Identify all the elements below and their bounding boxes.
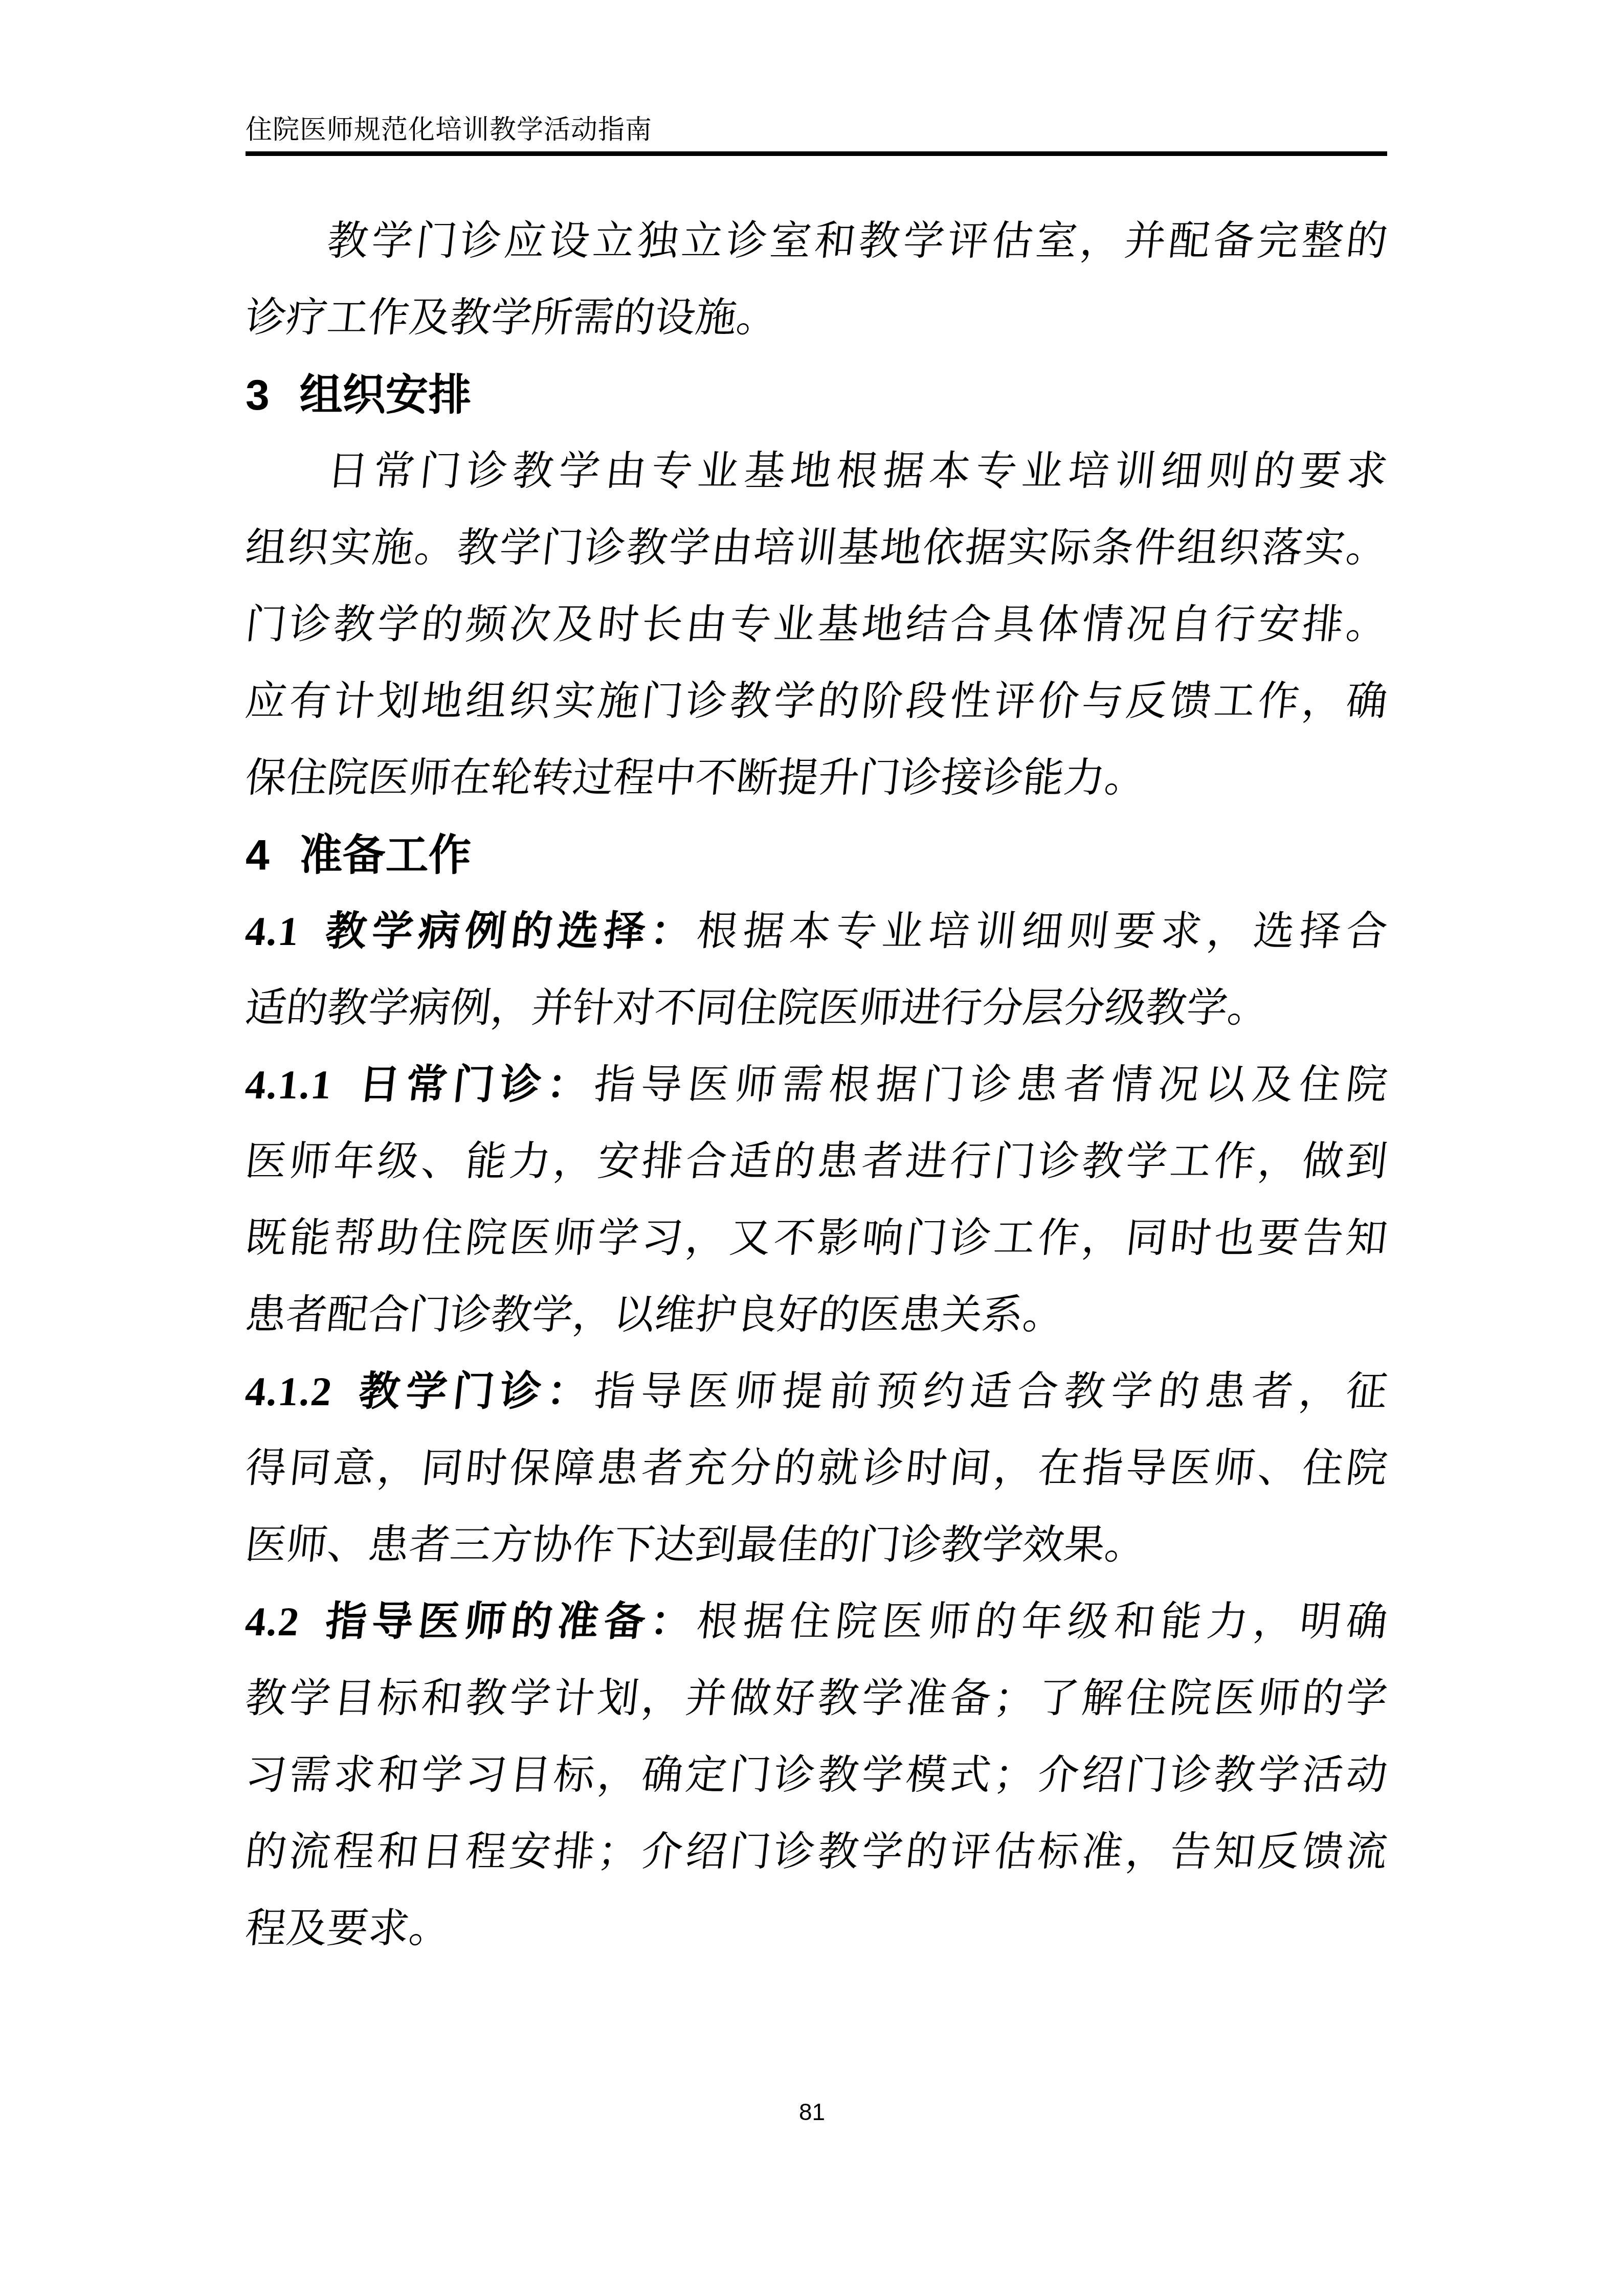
line-text: 日常门诊教学由专业基地根据本专业培训细则的要求 — [325, 449, 1389, 494]
text-line: 日常门诊教学由专业基地根据本专业培训细则的要求 — [241, 433, 1391, 510]
section-heading: 3组织安排 — [246, 356, 1387, 433]
line-text: 既能帮助住院医师学习，又不影响门诊工作，同时也要告知 — [243, 1216, 1389, 1261]
line-text: 习需求和学习目标，确定门诊教学模式；介绍门诊教学活动 — [243, 1753, 1389, 1798]
clause-label: 教学病例的选择： — [318, 909, 699, 954]
text-line: 程及要求。 — [241, 1890, 1391, 1967]
text-line: 教学门诊应设立独立诊室和教学评估室，并配备完整的 — [241, 203, 1391, 280]
clause-number: 4.1.2 — [243, 1369, 335, 1414]
section-heading-number: 4 — [246, 831, 270, 879]
text-line: 组织实施。教学门诊教学由培训基地依据实际条件组织落实。 — [241, 510, 1391, 587]
line-text: 应有计划地组织实施门诊教学的阶段性评价与反馈工作，确 — [243, 679, 1389, 724]
section-heading-title: 组织安排 — [300, 371, 472, 419]
section-heading: 4准备工作 — [246, 817, 1387, 893]
document-page: 住院医师规范化培训教学活动指南 教学门诊应设立独立诊室和教学评估室，并配备完整的… — [0, 0, 1624, 2296]
page-number: 81 — [0, 2097, 1624, 2127]
header-rule — [246, 151, 1387, 156]
text-line: 诊疗工作及教学所需的设施。 — [241, 280, 1391, 356]
line-text: 根据住院医师的年级和能力，明确 — [695, 1600, 1390, 1645]
clause-number: 4.1 — [243, 909, 302, 954]
text-line: 4.1.1日常门诊：指导医师需根据门诊患者情况以及住院 — [241, 1047, 1391, 1123]
line-text: 教学目标和教学计划，并做好教学准备；了解住院医师的学 — [243, 1676, 1389, 1721]
section-heading-number: 3 — [246, 371, 270, 419]
page-header-title: 住院医师规范化培训教学活动指南 — [246, 116, 1387, 145]
line-text: 的流程和日程安排；介绍门诊教学的评估标准，告知反馈流 — [243, 1830, 1389, 1875]
text-line: 的流程和日程安排；介绍门诊教学的评估标准，告知反馈流 — [241, 1814, 1391, 1890]
text-line: 门诊教学的频次及时长由专业基地结合具体情况自行安排。 — [241, 587, 1391, 663]
line-text: 门诊教学的频次及时长由专业基地结合具体情况自行安排。 — [243, 602, 1389, 647]
text-line: 习需求和学习目标，确定门诊教学模式；介绍门诊教学活动 — [241, 1737, 1391, 1814]
line-text: 患者配合门诊教学，以维护良好的医患关系。 — [243, 1293, 1066, 1338]
line-text: 组织实施。教学门诊教学由培训基地依据实际条件组织落实。 — [243, 526, 1389, 571]
text-line: 教学目标和教学计划，并做好教学准备；了解住院医师的学 — [241, 1660, 1391, 1737]
text-line: 患者配合门诊教学，以维护良好的医患关系。 — [241, 1277, 1391, 1354]
text-line: 得同意，同时保障患者充分的就诊时间，在指导医师、住院 — [241, 1430, 1391, 1507]
text-line: 医师年级、能力，安排合适的患者进行门诊教学工作，做到 — [241, 1123, 1391, 1200]
line-text: 诊疗工作及教学所需的设施。 — [243, 296, 780, 341]
text-line: 应有计划地组织实施门诊教学的阶段性评价与反馈工作，确 — [241, 663, 1391, 740]
line-text: 程及要求。 — [243, 1906, 452, 1951]
text-line: 医师、患者三方协作下达到最佳的门诊教学效果。 — [241, 1507, 1391, 1584]
text-line: 适的教学病例，并针对不同住院医师进行分层分级教学。 — [241, 970, 1391, 1047]
text-line: 4.1.2教学门诊：指导医师提前预约适合教学的患者，征 — [241, 1354, 1391, 1430]
line-text: 指导医师需根据门诊患者情况以及住院 — [592, 1063, 1390, 1108]
clause-label: 教学门诊： — [350, 1369, 596, 1414]
text-line: 4.2指导医师的准备：根据住院医师的年级和能力，明确 — [241, 1584, 1391, 1660]
clause-number: 4.1.1 — [243, 1063, 335, 1108]
line-text: 指导医师提前预约适合教学的患者，征 — [592, 1369, 1390, 1414]
line-text: 根据本专业培训细则要求，选择合 — [695, 909, 1390, 954]
page-header: 住院医师规范化培训教学活动指南 — [246, 116, 1387, 156]
document-body: 教学门诊应设立独立诊室和教学评估室，并配备完整的诊疗工作及教学所需的设施。3组织… — [246, 203, 1387, 1967]
clause-label: 日常门诊： — [350, 1063, 596, 1108]
line-text: 医师、患者三方协作下达到最佳的门诊教学效果。 — [243, 1523, 1148, 1568]
text-line: 既能帮助住院医师学习，又不影响门诊工作，同时也要告知 — [241, 1200, 1391, 1277]
line-text: 保住院医师在轮转过程中不断提升门诊接诊能力。 — [243, 756, 1148, 801]
clause-label: 指导医师的准备： — [318, 1600, 699, 1645]
line-text: 适的教学病例，并针对不同住院医师进行分层分级教学。 — [243, 986, 1271, 1031]
text-line: 4.1教学病例的选择：根据本专业培训细则要求，选择合 — [241, 893, 1391, 970]
line-text: 教学门诊应设立独立诊室和教学评估室，并配备完整的 — [325, 219, 1389, 264]
line-text: 得同意，同时保障患者充分的就诊时间，在指导医师、住院 — [243, 1446, 1389, 1491]
section-heading-title: 准备工作 — [300, 831, 472, 879]
clause-number: 4.2 — [243, 1600, 302, 1645]
line-text: 医师年级、能力，安排合适的患者进行门诊教学工作，做到 — [243, 1139, 1389, 1184]
text-line: 保住院医师在轮转过程中不断提升门诊接诊能力。 — [241, 740, 1391, 817]
